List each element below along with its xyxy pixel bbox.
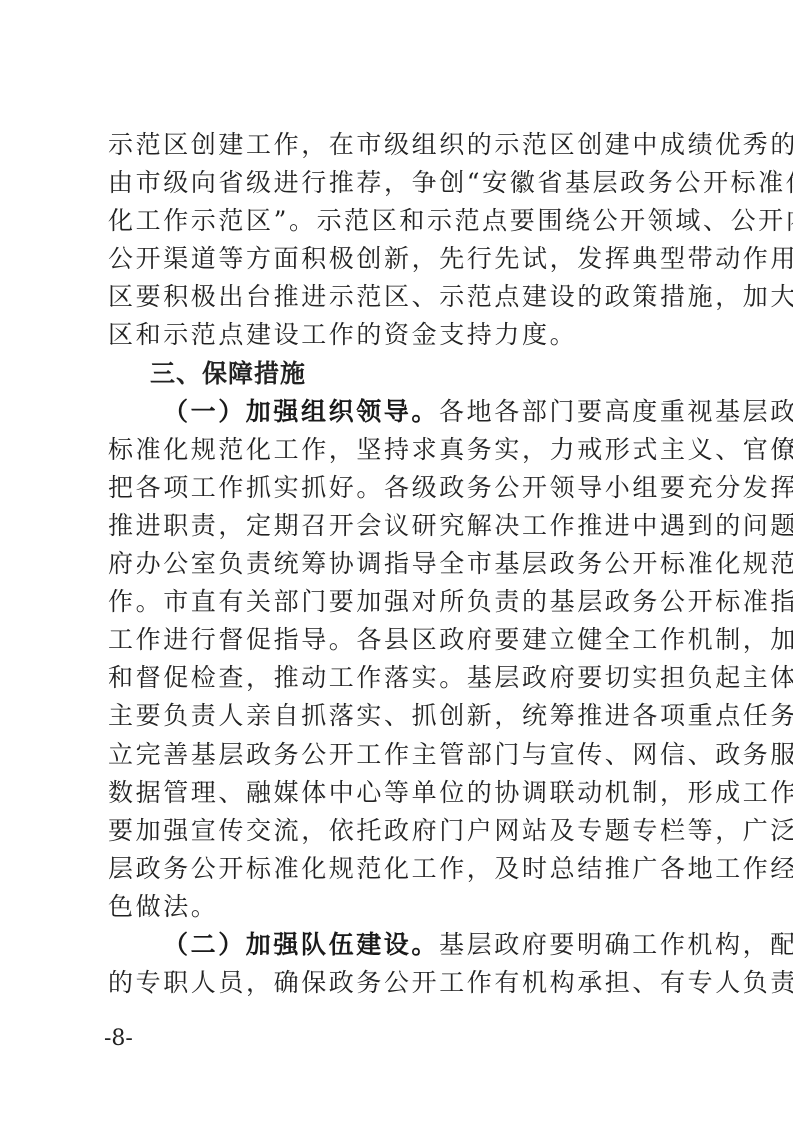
body-line: 作。市直有关部门要加强对所负责的基层政务公开标准指引落实 xyxy=(108,583,698,621)
body-line: 化工作示范区”。示范区和示范点要围绕公开领域、公开内容、 xyxy=(108,202,698,240)
document-page: 示范区创建工作，在市级组织的示范区创建中成绩优秀的单位， 由市级向省级进行推荐，… xyxy=(0,0,793,1122)
body-line: 数据管理、融媒体中心等单位的协调联动机制，形成工作合力。 xyxy=(108,774,698,812)
body-line: 主要负责人亲自抓落实、抓创新，统筹推进各项重点任务。要建 xyxy=(108,697,698,735)
body-line: 把各项工作抓实抓好。各级政务公开领导小组要充分发挥协调、 xyxy=(108,469,698,507)
document-body: 示范区创建工作，在市级组织的示范区创建中成绩优秀的单位， 由市级向省级进行推荐，… xyxy=(108,126,698,1002)
subsection-title: （二）加强队伍建设。 xyxy=(163,930,439,959)
body-line: 标准化规范化工作，坚持求真务实，力戒形式主义、官僚主义， xyxy=(108,431,698,469)
page-number: -8- xyxy=(104,1026,133,1051)
body-line: 工作进行督促指导。各县区政府要建立健全工作机制，加强调度 xyxy=(108,621,698,659)
body-line: 区和示范点建设工作的资金支持力度。 xyxy=(108,316,698,354)
body-line: 区要积极出台推进示范区、示范点建设的政策措施，加大对示范 xyxy=(108,278,698,316)
body-line: 府办公室负责统筹协调指导全市基层政务公开标准化规范化工 xyxy=(108,545,698,583)
body-line: 立完善基层政务公开工作主管部门与宣传、网信、政务服务、大 xyxy=(108,736,698,774)
subsection-title: （一）加强组织领导。 xyxy=(163,397,439,426)
paragraph-start-line: （一）加强组织领导。各地各部门要高度重视基层政务公开 xyxy=(108,393,698,431)
body-line: 由市级向省级进行推荐，争创“安徽省基层政务公开标准化规范 xyxy=(108,164,698,202)
section-heading: 三、保障措施 xyxy=(108,355,698,393)
body-line: 的专职人员，确保政务公开工作有机构承担、有专人负责。要加 xyxy=(108,964,698,1002)
body-line: 推进职责，定期召开会议研究解决工作推进中遇到的问题。市政 xyxy=(108,507,698,545)
body-line: 层政务公开标准化规范化工作，及时总结推广各地工作经验和特 xyxy=(108,850,698,888)
body-line: 示范区创建工作，在市级组织的示范区创建中成绩优秀的单位， xyxy=(108,126,698,164)
body-line: 公开渠道等方面积极创新，先行先试，发挥典型带动作用。各县 xyxy=(108,240,698,278)
body-text-span: 各地各部门要高度重视基层政务公开 xyxy=(439,397,793,426)
paragraph-start-line: （二）加强队伍建设。基层政府要明确工作机构，配齐必要 xyxy=(108,926,698,964)
body-line: 和督促检查，推动工作落实。基层政府要切实担负起主体责任， xyxy=(108,659,698,697)
body-line: 要加强宣传交流，依托政府门户网站及专题专栏等，广泛宣传基 xyxy=(108,812,698,850)
body-line: 色做法。 xyxy=(108,888,698,926)
body-text-span: 基层政府要明确工作机构，配齐必要 xyxy=(439,930,793,959)
